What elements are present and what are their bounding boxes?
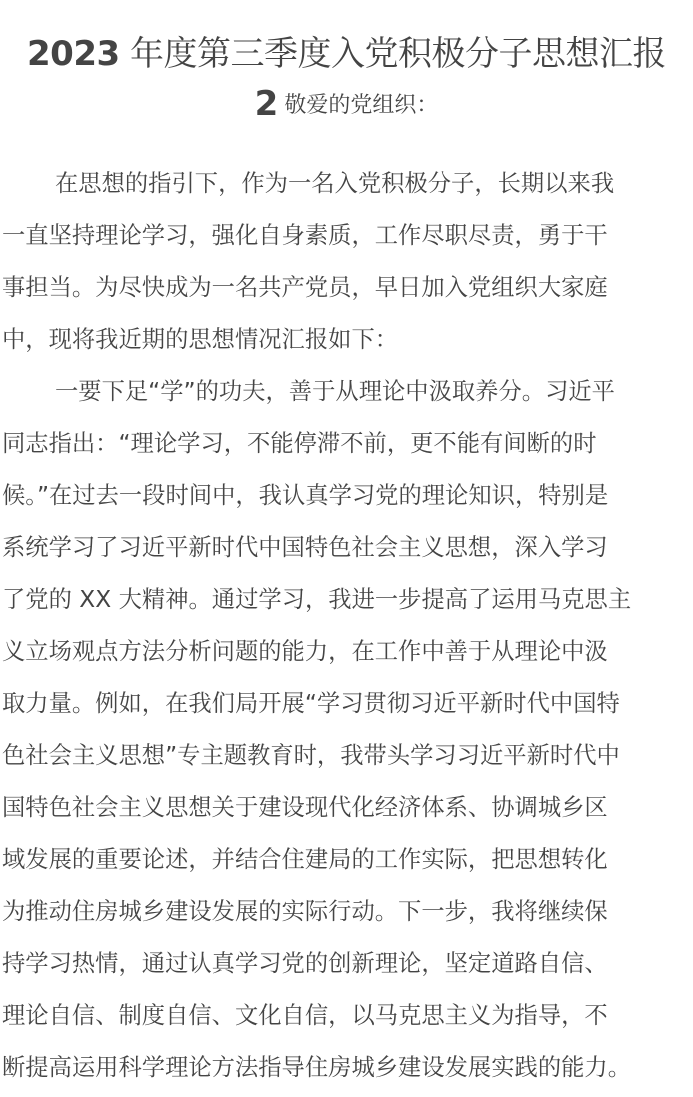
salutation-number: 2 bbox=[255, 84, 279, 124]
paragraph-line: 候。”在过去一段时间中，我认真学习党的理论知识，特别是 bbox=[2, 470, 693, 522]
document-page: 2023 年度第三季度入党积极分子思想汇报 2敬爱的党组织： 在思想的指引下，作… bbox=[0, 0, 693, 1097]
paragraph-line: 义立场观点方法分析问题的能力，在工作中善于从理论中汲 bbox=[2, 626, 693, 678]
paragraph-line: 理论自信、制度自信、文化自信，以马克思主义为指导，不 bbox=[2, 990, 693, 1042]
paragraph-line: 在思想的指引下，作为一名入党积极分子，长期以来我 bbox=[2, 158, 693, 210]
paragraph-line: 国特色社会主义思想关于建设现代化经济体系、协调城乡区 bbox=[2, 782, 693, 834]
title-text: 年度第三季度入党积极分子思想汇报 bbox=[130, 34, 666, 74]
salutation-text: 敬爱的党组织： bbox=[284, 93, 438, 118]
paragraph-line: 持学习热情，通过认真学习党的创新理论，坚定道路自信、 bbox=[2, 938, 693, 990]
paragraph-line: 一要下足“学”的功夫，善于从理论中汲取养分。习近平 bbox=[2, 366, 693, 418]
salutation: 2敬爱的党组织： bbox=[0, 82, 693, 128]
paragraph-line: 中，现将我近期的思想情况汇报如下： bbox=[2, 314, 693, 366]
body-text: 在思想的指引下，作为一名入党积极分子，长期以来我 一直坚持理论学习，强化自身素质… bbox=[2, 158, 693, 1094]
paragraph-line: 系统学习了习近平新时代中国特色社会主义思想，深入学习 bbox=[2, 522, 693, 574]
paragraph-line: 色社会主义思想”专主题教育时，我带头学习习近平新时代中 bbox=[2, 730, 693, 782]
paragraph-line: 取力量。例如，在我们局开展“学习贯彻习近平新时代中国特 bbox=[2, 678, 693, 730]
document-title: 2023 年度第三季度入党积极分子思想汇报 bbox=[0, 30, 693, 78]
paragraph-line: 域发展的重要论述，并结合住建局的工作实际，把思想转化 bbox=[2, 834, 693, 886]
paragraph-line: 了党的 XX 大精神。通过学习，我进一步提高了运用马克思主 bbox=[2, 574, 693, 626]
paragraph-line: 同志指出：“理论学习，不能停滞不前，更不能有间断的时 bbox=[2, 418, 693, 470]
paragraph-line: 事担当。为尽快成为一名共产党员，早日加入党组织大家庭 bbox=[2, 262, 693, 314]
paragraph-line: 为推动住房城乡建设发展的实际行动。下一步，我将继续保 bbox=[2, 886, 693, 938]
title-year: 2023 bbox=[27, 34, 120, 74]
paragraph-line: 断提高运用科学理论方法指导住房城乡建设发展实践的能力。 bbox=[2, 1042, 693, 1094]
paragraph-line: 一直坚持理论学习，强化自身素质，工作尽职尽责，勇于干 bbox=[2, 210, 693, 262]
